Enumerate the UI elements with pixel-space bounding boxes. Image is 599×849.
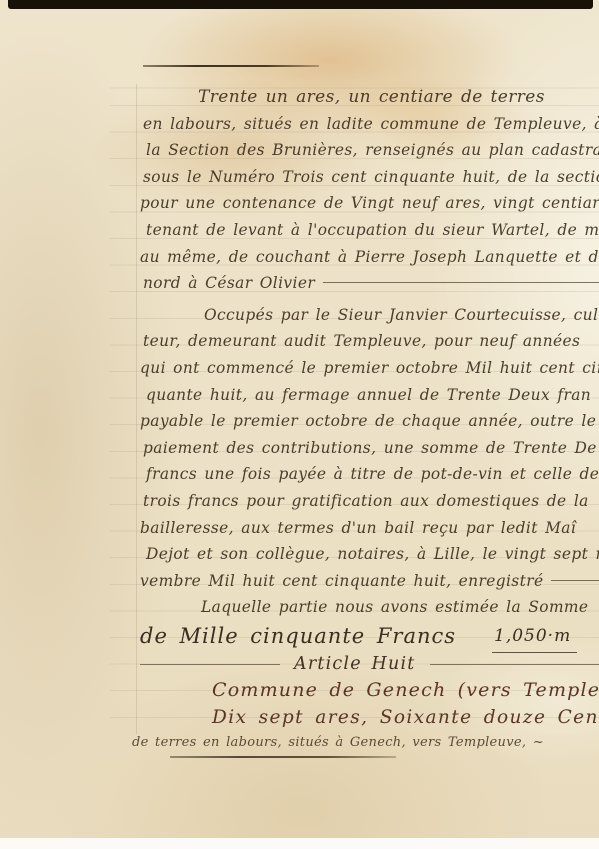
manuscript-line: au même, de couchant à Pierre Joseph Lan…	[140, 244, 599, 271]
article-heading: Article Huit	[280, 652, 430, 677]
manuscript-line: bailleresse, aux termes d'un bail reçu p…	[140, 515, 599, 542]
detail-line: de terres en labours, situés à Genech, v…	[132, 731, 599, 755]
valuation-amount-row: de Mille cinquante Francs 1,050·m	[140, 621, 599, 652]
manuscript-line: Occupés par le Sieur Janvier Courtecuiss…	[146, 302, 599, 329]
manuscript-line: francs une fois payée à titre de pot-de-…	[146, 461, 599, 488]
manuscript-line: quante huit, au fermage annuel de Trente…	[146, 382, 599, 409]
end-of-paragraph-rule	[551, 580, 599, 581]
book-binding-edge	[0, 9, 15, 838]
manuscript-line-text: nord à César Olivier	[143, 270, 315, 297]
scan-bottom-edge	[0, 838, 599, 849]
heading-rule-left	[140, 664, 280, 665]
manuscript-line-text: vembre Mil huit cent cinquante huit, enr…	[140, 568, 543, 595]
area-line: Dix sept ares, Soixante douze Centia	[140, 704, 599, 731]
end-of-paragraph-rule	[323, 282, 599, 283]
bottom-section-rule	[170, 756, 396, 758]
valuation-intro-line: Laquelle partie nous avons estimée la So…	[143, 594, 599, 621]
manuscript-line: vembre Mil huit cent cinquante huit, enr…	[140, 568, 599, 595]
manuscript-line: trois francs pour gratification aux dome…	[143, 488, 599, 515]
manuscript-line: payable le premier octobre de chaque ann…	[140, 408, 599, 435]
amount-in-figures: 1,050·m	[492, 621, 577, 653]
manuscript-line: la Section des Brunières, renseignés au …	[146, 137, 599, 164]
manuscript-line: pour une contenance de Vingt neuf ares, …	[140, 190, 599, 217]
article-heading-row: Article Huit	[140, 652, 599, 677]
manuscript-text-block: Trente un ares, un centiare de terres en…	[140, 84, 599, 755]
manuscript-line: en labours, situés en ladite commune de …	[143, 111, 599, 138]
amount-in-words: de Mille cinquante Francs	[140, 624, 456, 648]
manuscript-line: teur, demeurant audit Templeuve, pour ne…	[143, 328, 599, 355]
top-section-rule	[143, 65, 319, 67]
manuscript-line: paiement des contributions, une somme de…	[143, 435, 599, 462]
manuscript-line: Dejot et son collègue, notaires, à Lille…	[146, 541, 599, 568]
manuscript-line: tenant de levant à l'occupation du sieur…	[146, 217, 599, 244]
manuscript-line: sous le Numéro Trois cent cinquante huit…	[143, 164, 599, 191]
manuscript-line: nord à César Olivier	[143, 270, 599, 297]
commune-title-line: Commune de Genech (vers Templeuve	[140, 677, 599, 704]
manuscript-line: qui ont commencé le premier octobre Mil …	[140, 355, 599, 382]
scan-top-edge	[8, 0, 593, 9]
heading-rule-right	[430, 664, 599, 665]
manuscript-scan: Trente un ares, un centiare de terres en…	[0, 0, 599, 849]
margin-line	[136, 84, 137, 734]
manuscript-line: Trente un ares, un centiare de terres	[140, 84, 599, 111]
